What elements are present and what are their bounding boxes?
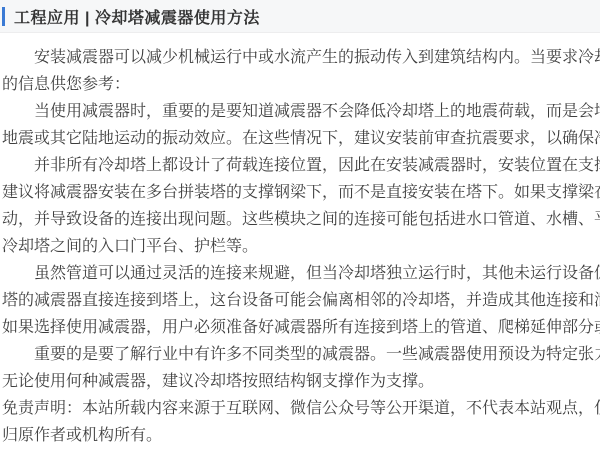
page-title: 工程应用 | 冷却塔减震器使用方法 <box>14 5 260 28</box>
text-line: 并非所有冷却塔上都设计了荷载连接位置，因此在安装减震器时，安装位置在支撑钢梁下，… <box>0 152 600 179</box>
article-body: 安装减震器可以减少机械运行中或水流产生的振动传入到建筑结构内。当要求冷却塔需安装… <box>0 33 600 449</box>
text-line: 无论使用何种减震器，建议冷却塔按照结构钢支撑作为支撑。 <box>0 368 600 395</box>
title-accent-bar <box>2 7 5 26</box>
text-line: 的信息供您参考： <box>0 71 600 98</box>
text-line: 地震或其它陆地运动的振动效应。在这些情况下，建议安装前审查抗震要求，以确保冷却塔… <box>0 125 600 152</box>
text-line: 动，并导致设备的连接出现问题。这些模块之间的连接可能包括进水口管道、水槽、平衡管… <box>0 206 600 233</box>
text-line: 免责声明：本站所载内容来源于互联网、微信公众号等公开渠道，不代表本站观点，仅供参… <box>0 395 600 422</box>
text-line: 当使用减震器时，重要的是要知道减震器不会降低冷却塔上的地震荷载，而是会增加荷载。… <box>0 98 600 125</box>
text-line: 重要的是要了解行业中有许多不同类型的减震器。一些减震器使用预设为特定张力的弹簧。… <box>0 341 600 368</box>
text-line: 塔的减震器直接连接到塔上，这台设备可能会偏离相邻的冷却塔，并造成其他连接和泄漏问… <box>0 287 600 314</box>
article-header: 工程应用 | 冷却塔减震器使用方法 <box>0 0 600 33</box>
text-line: 虽然管道可以通过灵活的连接来规避，但当冷却塔独立运行时，其他未运行设备仍然可能发… <box>0 260 600 287</box>
text-line: 归原作者或机构所有。 <box>0 422 600 449</box>
text-line: 如果选择使用减震器，用户必须准备好减震器所有连接到塔上的管道、爬梯延伸部分或其他… <box>0 314 600 341</box>
article-page: 工程应用 | 冷却塔减震器使用方法 安装减震器可以减少机械运行中或水流产生的振动… <box>0 0 600 450</box>
text-line: 建议将减震器安装在多台拼装塔的支撑钢梁下，而不是直接安装在塔下。如果支撑梁在减震… <box>0 179 600 206</box>
text-line: 安装减震器可以减少机械运行中或水流产生的振动传入到建筑结构内。当要求冷却塔需安装… <box>0 44 600 71</box>
text-line: 冷却塔之间的入口门平台、护栏等。 <box>0 233 600 260</box>
